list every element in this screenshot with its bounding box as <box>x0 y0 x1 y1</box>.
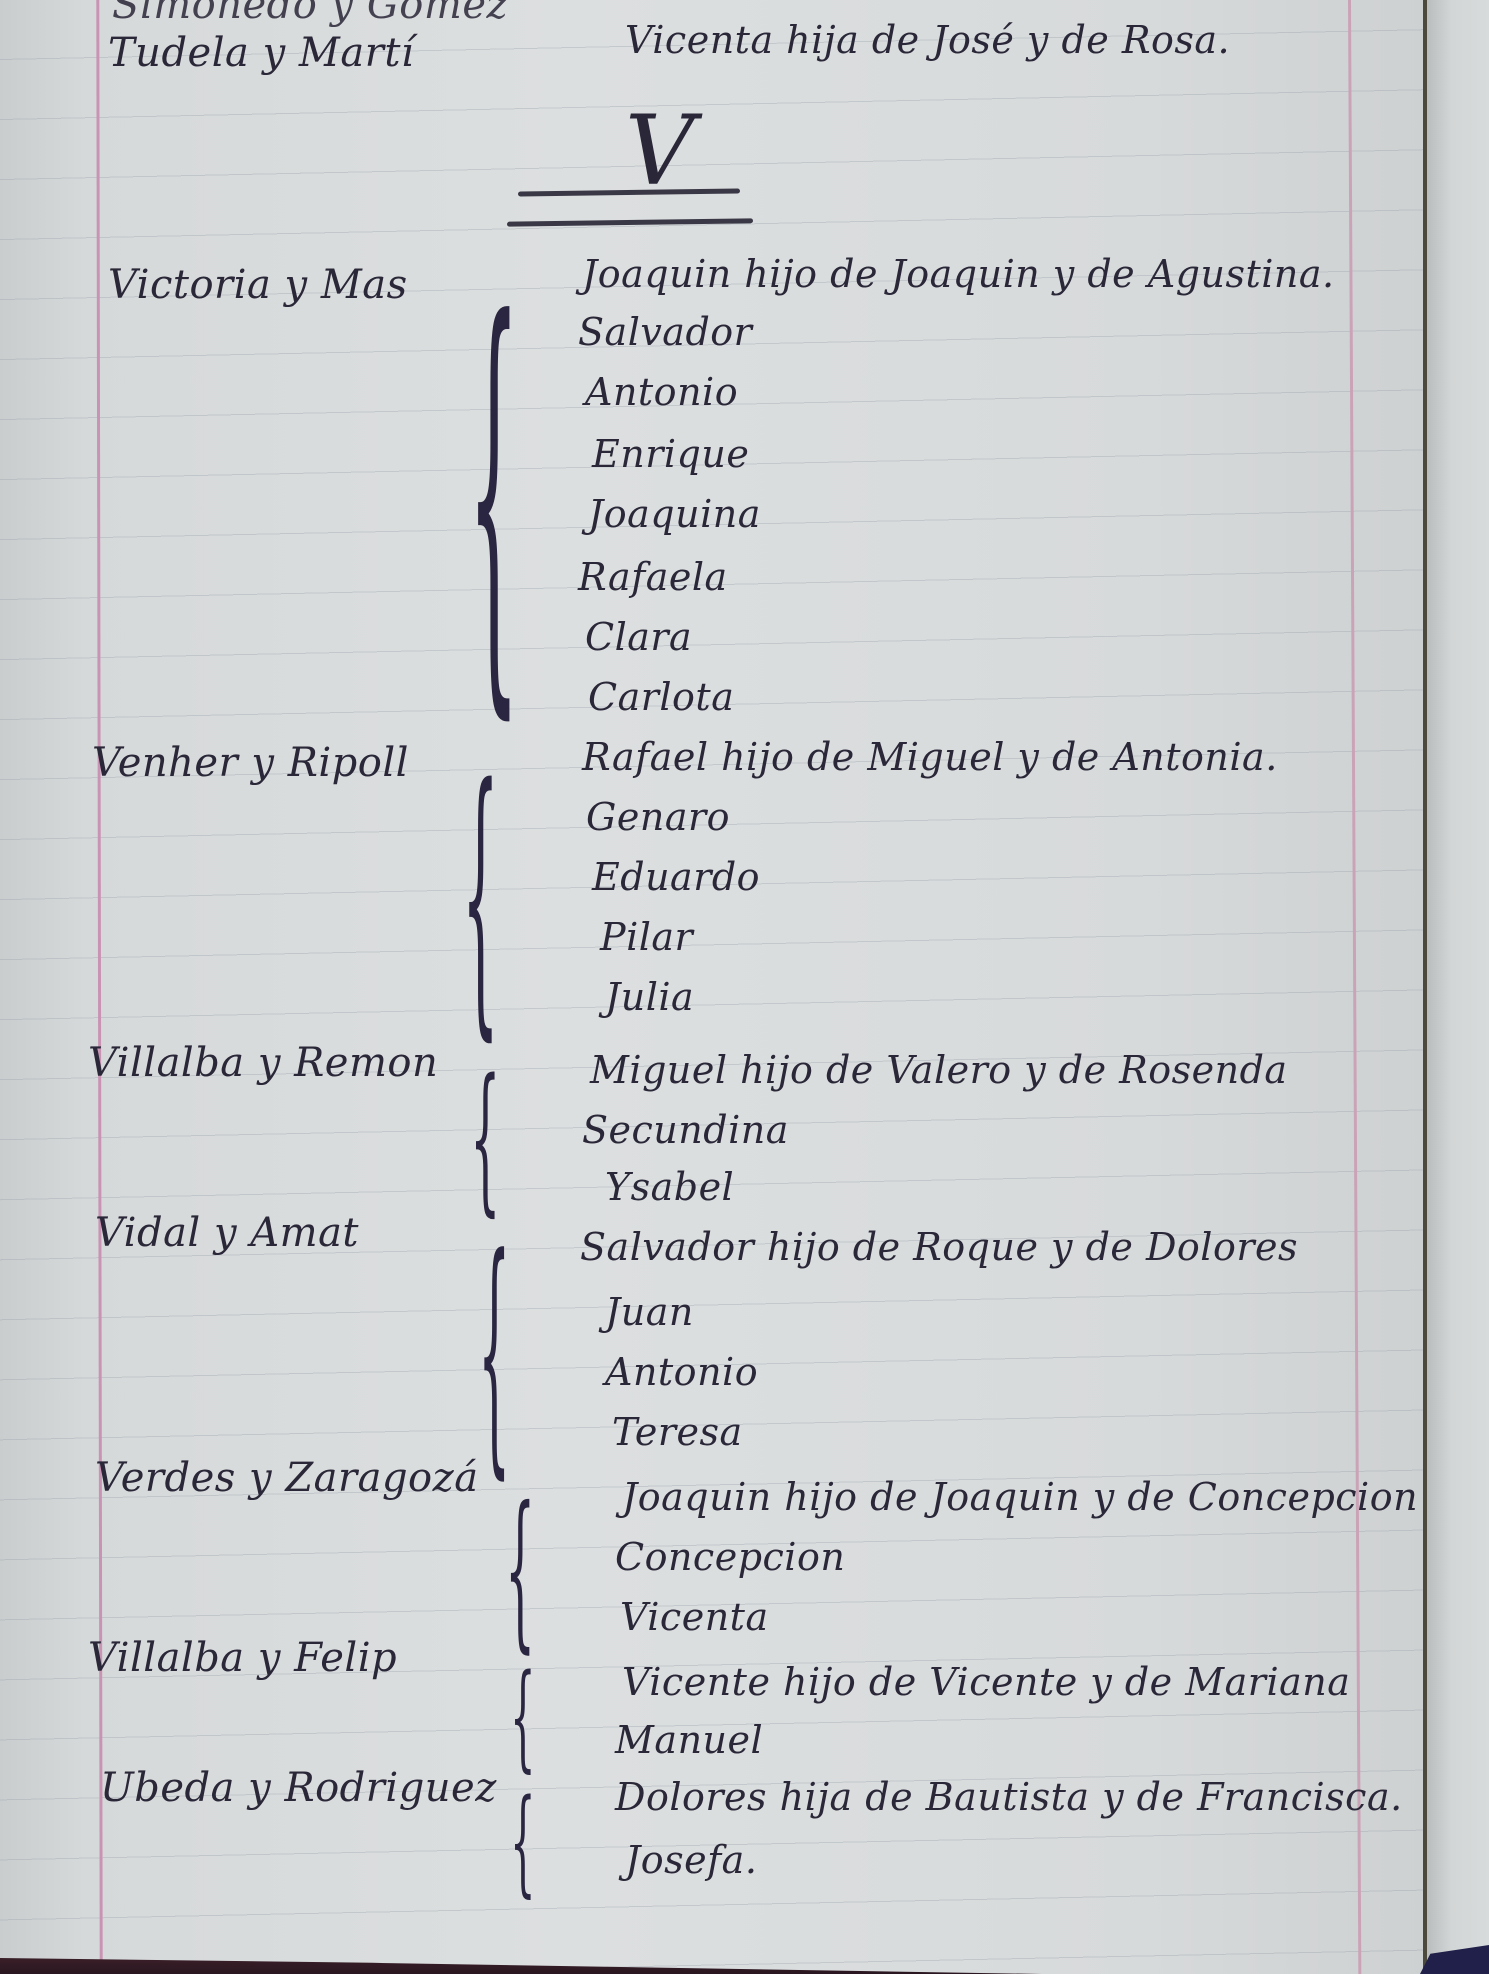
surname-entry-4: Verdes y Zaragozá <box>95 1455 479 1501</box>
child-entry-0-0: Joaquin hijo de Joaquin y de Agustina. <box>582 252 1335 296</box>
child-entry-2-0: Miguel hijo de Valero y de Rosenda <box>590 1048 1288 1092</box>
child-entry-4-1: Concepcion <box>615 1535 845 1579</box>
surname-entry-1: Venher y Ripoll <box>92 740 409 786</box>
child-entry-3-0: Salvador hijo de Roque y de Dolores <box>580 1225 1298 1269</box>
child-entry-3-3: Teresa <box>612 1410 743 1454</box>
brace-icon: { <box>462 752 499 1042</box>
child-entry-0-7: Carlota <box>588 675 734 719</box>
child-previous-2-0: Vicenta hija de José y de Rosa. <box>625 18 1230 62</box>
child-entry-0-2: Antonio <box>585 370 738 414</box>
child-entry-0-6: Clara <box>585 615 692 659</box>
facing-page-edge <box>1427 0 1489 1974</box>
child-entry-3-2: Antonio <box>605 1350 758 1394</box>
child-entry-2-1: Secundina <box>582 1108 789 1152</box>
surname-entry-5: Villalba y Felip <box>88 1635 397 1681</box>
brace-icon: { <box>468 268 520 718</box>
child-entry-0-3: Enrique <box>592 432 749 476</box>
brace-icon: { <box>510 1785 536 1900</box>
surname-entry-3: Vidal y Amat <box>95 1210 359 1256</box>
child-entry-1-0: Rafael hijo de Miguel y de Antonia. <box>582 735 1278 779</box>
child-entry-0-5: Rafaela <box>578 555 728 599</box>
child-entry-1-1: Genaro <box>586 795 730 839</box>
child-entry-1-4: Julia <box>605 975 694 1019</box>
surname-previous-2: Tudela y Martí <box>108 30 414 76</box>
child-entry-4-2: Vicenta <box>620 1595 769 1639</box>
child-entry-6-0: Dolores hija de Bautista y de Francisca. <box>615 1775 1403 1819</box>
child-entry-1-3: Pilar <box>600 915 693 959</box>
child-entry-4-0: Joaquin hijo de Joaquin y de Concepcion <box>622 1475 1418 1519</box>
brace-icon: { <box>510 1660 536 1775</box>
brace-icon: { <box>470 1058 501 1218</box>
surname-entry-6: Ubeda y Rodriguez <box>100 1765 497 1811</box>
child-entry-0-4: Joaquina <box>588 492 761 536</box>
child-entry-6-1: Josefa. <box>625 1838 757 1882</box>
child-entry-5-1: Manuel <box>615 1718 763 1762</box>
brace-icon: { <box>478 1225 510 1480</box>
surname-entry-0: Victoria y Mas <box>108 262 408 308</box>
child-entry-2-2: Ysabel <box>605 1165 734 1209</box>
child-entry-3-1: Juan <box>605 1290 694 1334</box>
brace-icon: { <box>505 1485 535 1655</box>
child-entry-5-0: Vicente hijo de Vicente y de Mariana <box>622 1660 1350 1704</box>
child-entry-0-1: Salvador <box>578 310 752 354</box>
child-entry-1-2: Eduardo <box>592 855 760 899</box>
surname-entry-2: Villalba y Remon <box>88 1040 438 1086</box>
surname-previous-1: Simonedo y Gomez <box>112 0 508 28</box>
